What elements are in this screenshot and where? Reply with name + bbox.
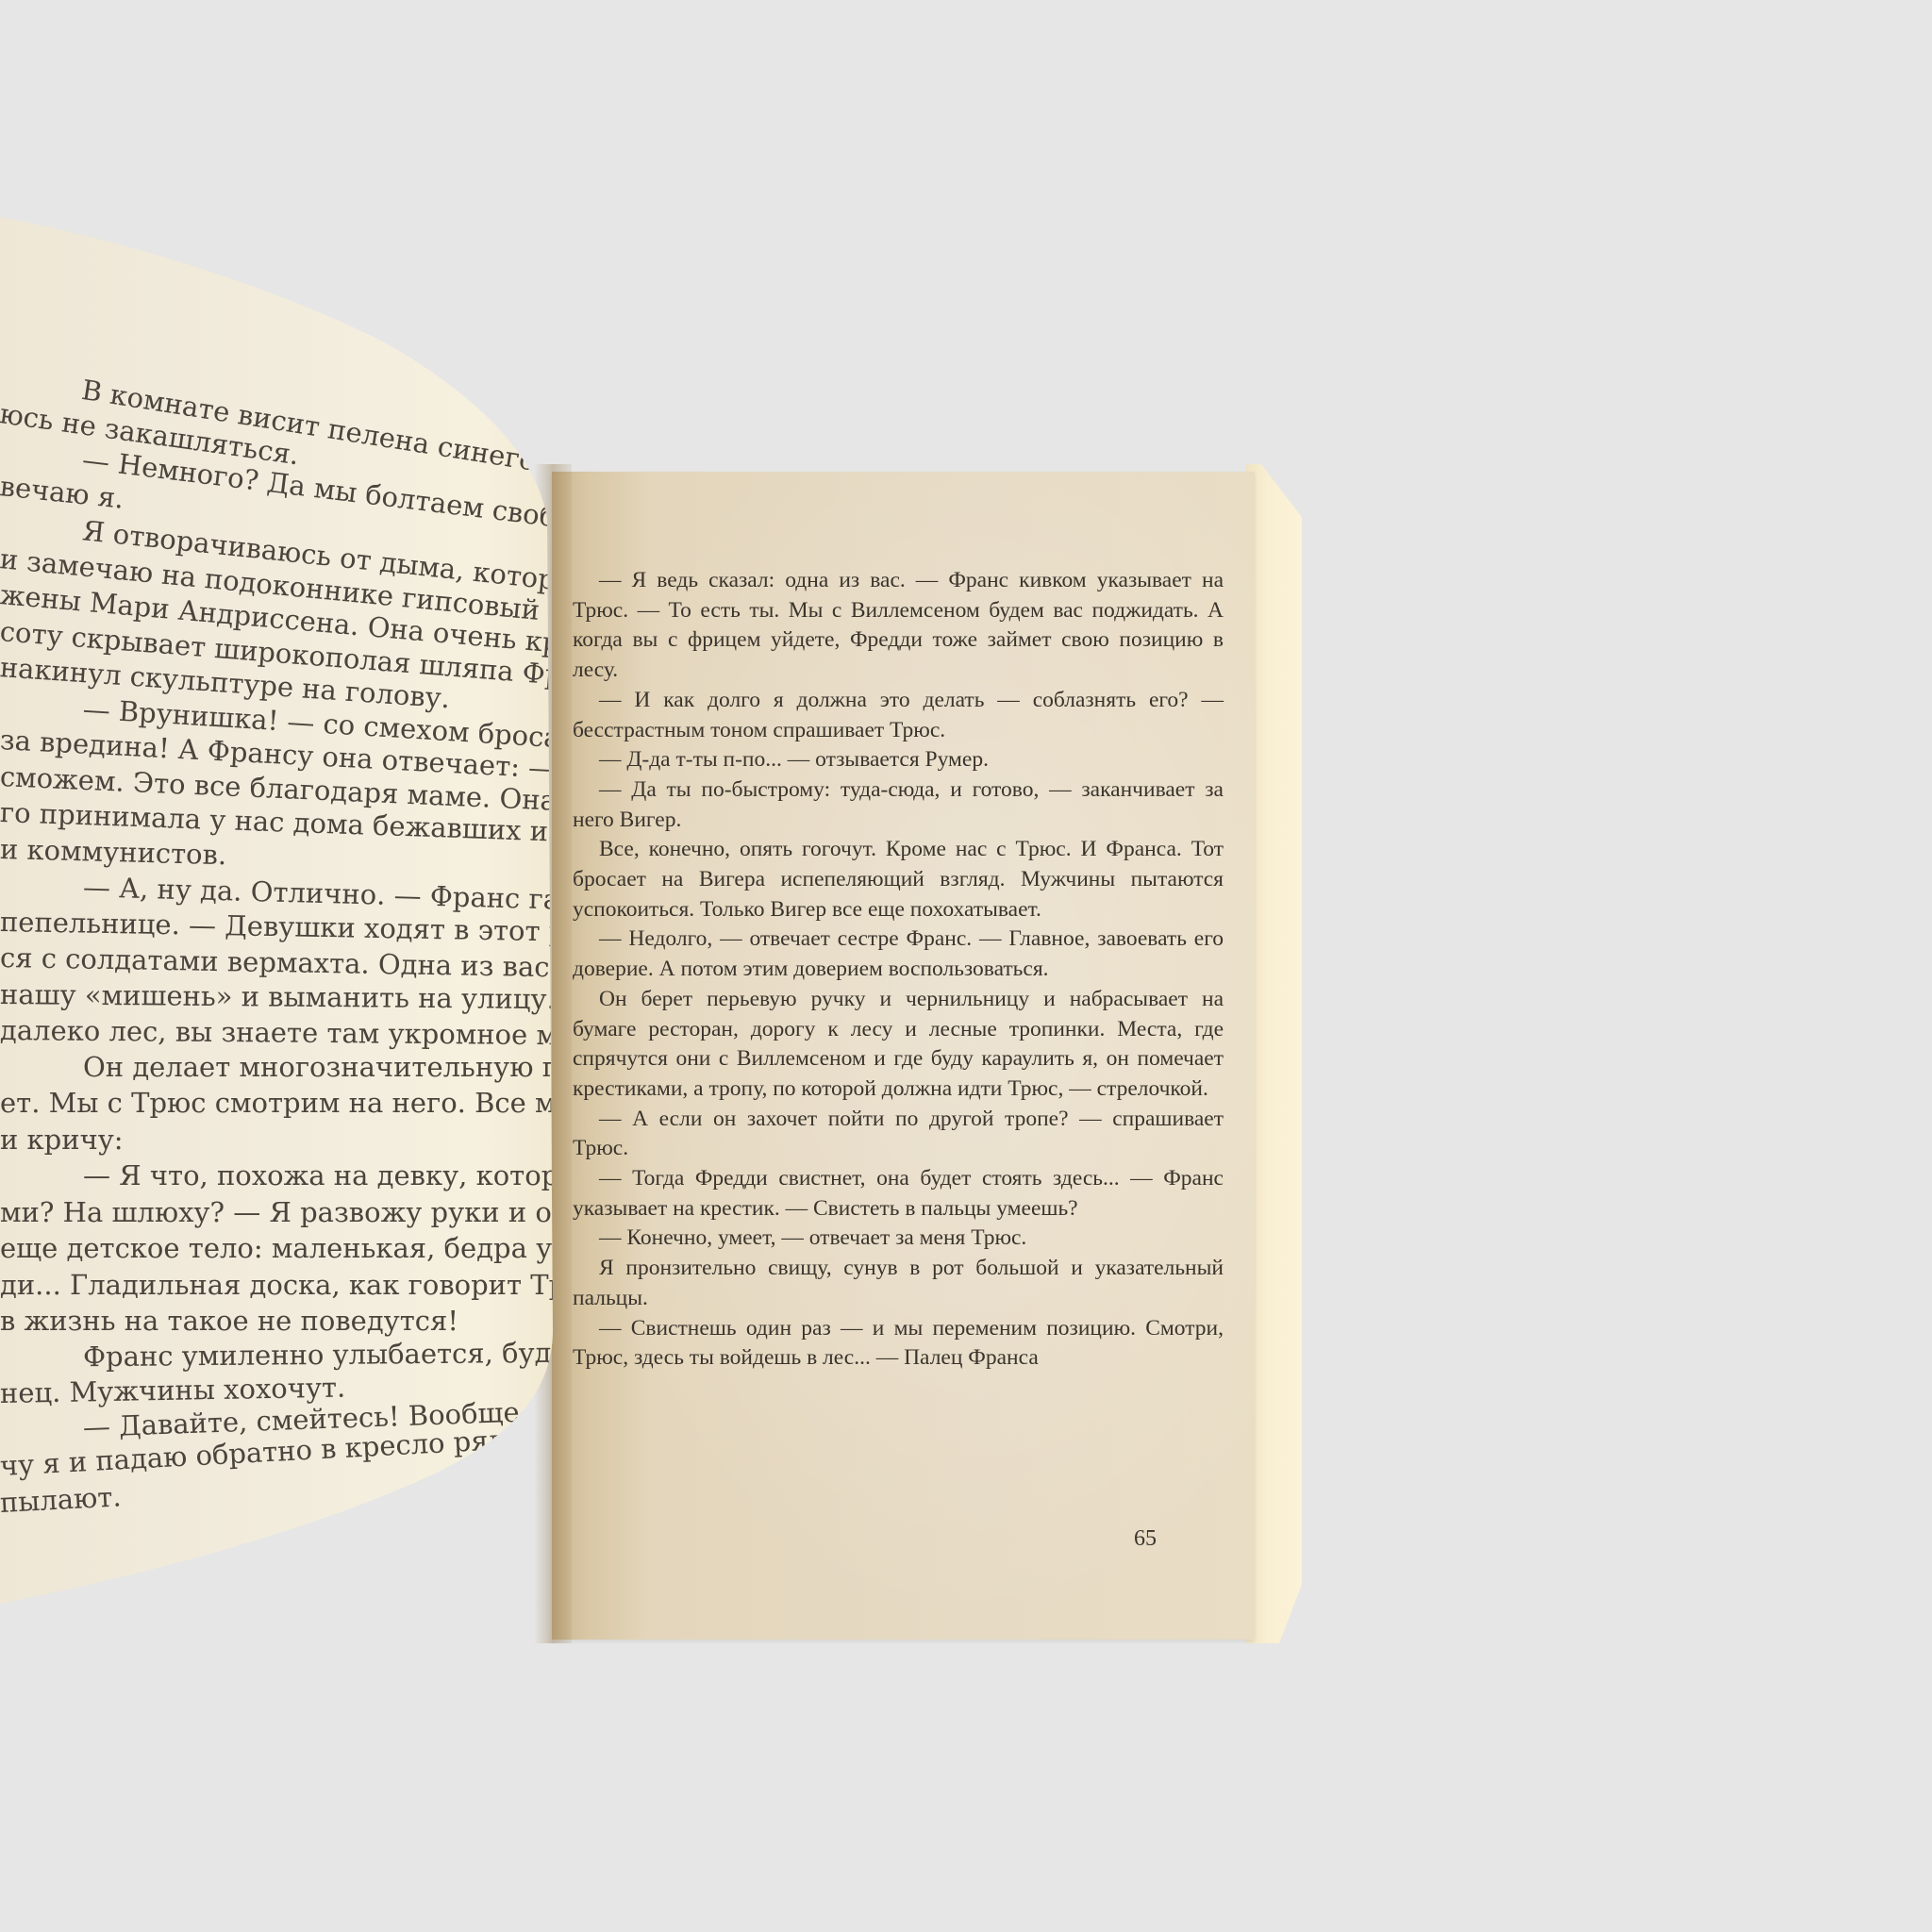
- paragraph: Он берет перьевую ручку и чернильницу и …: [573, 985, 1224, 1105]
- text-line: — Я что, похожа на девку, которая гу: [0, 1158, 566, 1194]
- paragraph: — Да ты по-быстрому: туда-сюда, и готово…: [573, 775, 1224, 835]
- left-page-text: В комнате висит пелена синего дыма. Я юс…: [0, 358, 566, 1521]
- left-page: В комнате висит пелена синего дыма. Я юс…: [0, 217, 566, 1821]
- paragraph: — Д-да т-ты п-по... — отзывается Румер.: [573, 745, 1224, 775]
- page-number-left: 64: [24, 1629, 58, 1660]
- text-line: ми? На шлюху? — Я развожу руки и огляды: [0, 1194, 566, 1231]
- right-page: — Я ведь сказал: одна из вас. — Франс ки…: [552, 472, 1255, 1640]
- paragraph: — Конечно, умеет, — отвечает за меня Трю…: [573, 1224, 1224, 1254]
- paragraph: — И как долго я должна это делать — собл…: [573, 686, 1224, 745]
- text-line: нашу «мишень» и выманить на улицу. Ска: [0, 976, 566, 1018]
- text-line: далеко лес, вы знаете там укромное месте…: [0, 1012, 566, 1054]
- paragraph: — Я ведь сказал: одна из вас. — Франс ки…: [573, 566, 1224, 686]
- paragraph: — Свистнешь один раз — и мы переменим по…: [573, 1314, 1224, 1374]
- paragraph: — А если он захочет пойти по другой троп…: [573, 1105, 1224, 1164]
- right-page-block: — Я ведь сказал: одна из вас. — Франс ки…: [552, 464, 1297, 1643]
- paragraph: — Тогда Фредди свистнет, она будет стоят…: [573, 1164, 1224, 1224]
- text-line: Он делает многозначительную паузу и: [0, 1049, 566, 1086]
- text-line: ет. Мы с Трюс смотрим на него. Все молча…: [0, 1085, 566, 1122]
- text-line: ди... Гладильная доска, как говорит Трюс…: [0, 1267, 566, 1304]
- paragraph: Все, конечно, опять гогочут. Кроме нас с…: [573, 835, 1224, 924]
- right-page-text: — Я ведь сказал: одна из вас. — Франс ки…: [573, 566, 1224, 1374]
- paragraph: — Недолго, — отвечает сестре Франс. — Гл…: [573, 924, 1224, 984]
- page-number-right: 65: [1134, 1526, 1157, 1552]
- text-line: и кричу:: [0, 1122, 566, 1158]
- text-line: в жизнь на такое не поведутся!: [0, 1303, 566, 1340]
- text-line: еще детское тело: маленькая, бедра узкие…: [0, 1230, 566, 1267]
- paragraph: Я пронзительно свищу, сунув в рот большо…: [573, 1254, 1224, 1313]
